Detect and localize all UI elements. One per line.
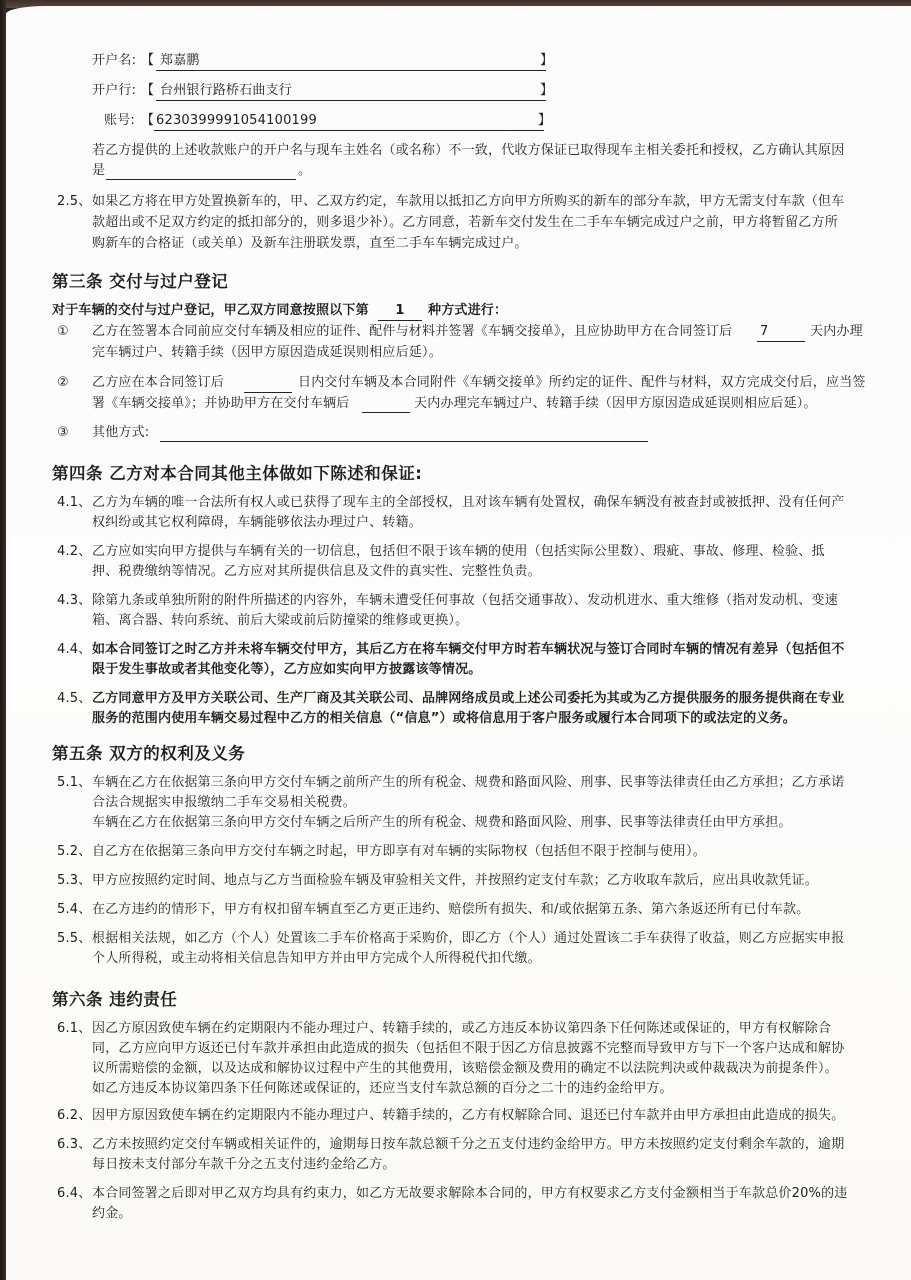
clause-text-line: 乙方为车辆的唯一合法所有权人或已获得了现车主的全部授权，且对该车辆有处置权，确保… (92, 494, 844, 512)
clause-text-line: 在乙方违约的情形下，甲方有权扣留车辆直至乙方更正违约、赔偿所有损失、和/或依据第… (92, 901, 809, 919)
clause-text-line-bold: 如本合同签订之时乙方并未将车辆交付甲方，其后乙方在将车辆交付甲方时若车辆状况与签… (92, 641, 844, 659)
clause-text-line-bold: 限于发生事故或者其他变化等），乙方应如实向甲方披露该等情况。 (92, 661, 482, 679)
clause-text-line-bold: 服务的范围内使用车辆交易过程中乙方的相关信息（“信息”）或将信息用于客户服务或履… (92, 710, 796, 728)
clause-text-line: 因乙方原因致使车辆在约定期限内不能办理过户、转籍手续的，或乙方违反本协议第四条下… (92, 1020, 831, 1038)
clause-number: 6.4、 (57, 1185, 91, 1203)
account-mismatch-note-suffix: 。 (298, 162, 311, 180)
clause-number: 4.3、 (57, 592, 91, 610)
bracket-open: 【 (141, 52, 154, 70)
clause-text-line: 同，乙方应向甲方返还已付车款并承担由此造成的损失（包括但不限于因乙方信息披露不完… (92, 1040, 844, 1058)
clause-text-line: 车辆在乙方在依据第三条向甲方交付车辆之后所产生的所有税金、规费和路面风险、刑事、… (92, 814, 792, 832)
clause-text-line: 箱、离合器、转向系统、前后大梁或前后防撞梁的维修或更换）。 (92, 612, 468, 630)
clause-number: 5.4、 (57, 901, 91, 919)
account-number-label: 账号: (104, 112, 135, 130)
clause-number: 6.1、 (57, 1020, 91, 1038)
account-number-value: 6230399991054100199 (156, 112, 317, 130)
clause-text-line: 甲方应按照约定时间、地点与乙方当面检验车辆及审验相关文件，并按照约定支付车款；乙… (92, 872, 818, 890)
bracket-close: 】 (540, 82, 553, 100)
bracket-close: 】 (540, 52, 553, 70)
option-2-text: 乙方应在本合同签订后 (92, 374, 224, 392)
article-5-title: 第五条 双方的权利及义务 (52, 740, 245, 764)
method-number-underline (378, 320, 422, 321)
clause-text-line: 本合同签署之后即对甲乙双方均具有约束力，如乙方无故要求解除本合同的，甲方有权要求… (92, 1185, 848, 1203)
clause-number: 5.1、 (57, 774, 91, 792)
option-2-text-line2-suffix: 天内办理完车辆过户、转籍手续（因甲方原因造成延误则相应后延）。 (414, 395, 817, 413)
clause-text-line: 款超出或不足双方约定的抵扣部分的，则多退少补）。乙方同意，若新车交付发生在二手车… (92, 214, 838, 232)
option-2-text-line2: 署《车辆交接单》；并协助甲方在交付车辆后 (92, 395, 350, 413)
clause-number: 6.3、 (57, 1136, 91, 1154)
clause-number: 6.2、 (57, 1107, 91, 1125)
clause-text-line-bold: 乙方同意甲方及甲方关联公司、生产厂商及其关联公司、品牌网络成员或上述公司委托为其… (92, 690, 844, 708)
mismatch-reason-blank[interactable] (106, 179, 296, 180)
account-mismatch-note: 若乙方提供的上述收款账户的开户名与现车主姓名（或名称）不一致，代收方保证已取得现… (92, 142, 844, 160)
clause-text-line: 个人所得税，或主动将相关信息告知甲方并由甲方完成个人所得税代扣代缴。 (92, 950, 541, 968)
clause-number: 2.5、 (57, 193, 91, 211)
option-1-text: 乙方在签署本合同前应交付车辆及相应的证件、配件与材料并签署《车辆交接单》，且应协… (92, 323, 732, 341)
account-name-underline (156, 70, 546, 71)
clause-number: 5.5、 (57, 930, 91, 948)
bracket-open: 【 (141, 112, 154, 130)
clause-text-line: 合法合规据实申报缴纳二手车交易相关税费。 (92, 794, 356, 812)
clause-text-line: 购新车的合格证（或关单）及新车注册联发票，直至二手车车辆完成过户。 (92, 235, 528, 253)
option-3-label: 其他方式: (92, 424, 149, 442)
article-3-intro: 对于车辆的交付与过户登记，甲乙双方同意按照以下第 (52, 302, 369, 320)
clause-number: 5.2、 (57, 843, 91, 861)
clause-text-line: 约金。 (92, 1205, 132, 1223)
clause-text-line: 乙方未按照约定交付车辆或相关证件的，逾期每日按车款总额千分之五支付违约金给甲方。… (92, 1136, 844, 1154)
account-name-value: 郑嘉鹏 (160, 52, 200, 70)
account-bank-label: 开户行: (92, 82, 136, 100)
other-method-blank[interactable] (160, 441, 648, 442)
clause-number: 4.4、 (57, 641, 91, 659)
option-2-text-mid: 日内交付车辆及本合同附件《车辆交接单》所约定的证件、配件与材料，双方完成交付后，… (298, 374, 866, 392)
clause-number: 4.1、 (57, 494, 91, 512)
option-1-days-underline (757, 341, 805, 342)
account-bank-value: 台州银行路桥石曲支行 (160, 82, 292, 100)
bracket-open: 【 (141, 82, 154, 100)
option-1-text-suffix: 天内办理 (810, 323, 863, 341)
clause-text-line: 根据相关法规，如乙方（个人）处置该二手车价格高于采购价，即乙方（个人）通过处置该… (92, 930, 844, 948)
account-bank-underline (156, 100, 546, 101)
clause-text-line: 权纠纷或其它权利障碍，车辆能够依法办理过户、转籍。 (92, 514, 422, 532)
clause-text-line: 如果乙方将在甲方处置换新车的，甲、乙双方约定，车款用以抵扣乙方向甲方所购买的新车… (92, 193, 844, 211)
option-1-days-value[interactable]: 7 (760, 323, 768, 341)
article-3-title: 第三条 交付与过户登记 (52, 268, 228, 292)
option-1-marker: ① (57, 323, 69, 341)
clause-text-line: 押、税费缴纳等情况。乙方应对其所提供信息及文件的真实性、完整性负责。 (92, 563, 541, 581)
clause-text-line: 每日按未支付部分车款千分之五支付违约金给乙方。 (92, 1156, 396, 1174)
option-2-marker: ② (57, 374, 69, 392)
account-mismatch-note-prefix: 是 (92, 162, 105, 180)
account-name-label: 开户名: (92, 52, 136, 70)
clause-number: 4.2、 (57, 543, 91, 561)
clause-number: 4.5、 (57, 690, 91, 708)
account-number-underline (154, 130, 544, 131)
clause-text-line: 自乙方在依据第三条向甲方交付车辆之时起，甲方即享有对车辆的实际物权（包括但不限于… (92, 843, 706, 861)
clause-text-line: 如乙方违反本协议第四条下任何陈述或保证的，还应当支付车款总额的百分之二十的违约金… (92, 1080, 673, 1098)
clause-text-line: 除第九条或单独所附的附件所描述的内容外，车辆未遭受任何事故（包括交通事故）、发动… (92, 592, 838, 610)
clause-text-line: 因甲方原因致使车辆在约定期限内不能办理过户、转籍手续的，乙方有权解除合同、退还已… (92, 1107, 844, 1125)
method-number-value[interactable]: 1 (378, 302, 422, 320)
clause-number: 5.3、 (57, 872, 91, 890)
clause-text-line: 车辆在乙方在依据第三条向甲方交付车辆之前所产生的所有税金、规费和路面风险、刑事、… (92, 774, 844, 792)
option-2-delivery-days-blank[interactable] (244, 392, 292, 393)
option-3-marker: ③ (57, 424, 69, 442)
option-1-text-line2: 完车辆过户、转籍手续（因甲方原因造成延误则相应后延）。 (92, 344, 442, 362)
article-6-title: 第六条 违约责任 (52, 986, 177, 1010)
article-4-title: 第四条 乙方对本合同其他主体做如下陈述和保证: (52, 460, 422, 484)
clause-text-line: 乙方应如实向甲方提供与车辆有关的一切信息，包括但不限于该车辆的使用（包括实际公里… (92, 543, 825, 561)
clause-text-line: 议所需赔偿的金额，以及达成和解协议过程中产生的其他费用，该赔偿金额及费用的确定不… (92, 1060, 838, 1078)
article-3-intro-suffix: 种方式进行： (428, 302, 507, 320)
bracket-close: 】 (538, 112, 551, 130)
option-2-transfer-days-blank[interactable] (362, 412, 410, 413)
